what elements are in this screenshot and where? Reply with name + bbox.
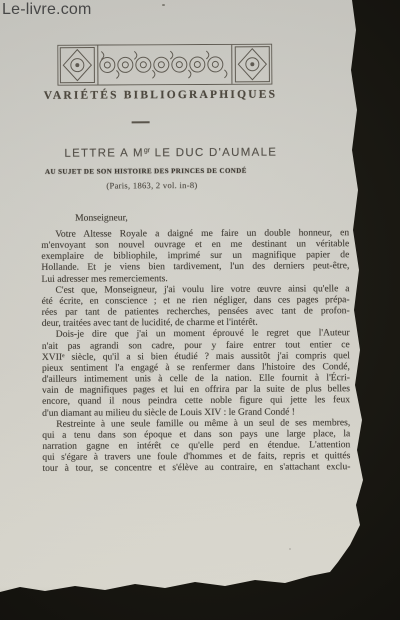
section-title: VARIÉTÉS BIBLIOGRAPHIQUES (40, 89, 280, 102)
letter-title-text: LETTRE A M (64, 147, 144, 159)
letter-title: LETTRE A Mgr LE DUC D'AUMALE (43, 146, 299, 159)
letter-title-rest: LE DUC D'AUMALE (150, 147, 277, 160)
letter-body: Votre Altesse Royale a daigné me faire u… (41, 227, 350, 474)
body-line: encore, quand il nous peindra cette nobl… (42, 395, 350, 408)
body-line: tour à tour, se concentre et s'élève au … (42, 462, 350, 475)
salutation: Monseigneur, (41, 211, 349, 224)
divider-rule (132, 121, 150, 123)
letter-subtitle: AU SUJET DE SON HISTOIRE DES PRINCES DE … (37, 167, 255, 176)
woodcut-ornament-band-icon (57, 44, 272, 86)
page-content: VARIÉTÉS BIBLIOGRAPHIQUES LETTRE A Mgr L… (0, 0, 400, 620)
watermark-text: Le-livre.com (2, 1, 92, 19)
body-line: Hollande. Et je viens bien tardivement, … (41, 261, 349, 274)
scanned-page: VARIÉTÉS BIBLIOGRAPHIQUES LETTRE A Mgr L… (0, 0, 400, 620)
imprint-line: (Paris, 1863, 2 vol. in-8) (41, 180, 263, 191)
body-line: rées par tant de patientes recherches, p… (42, 305, 350, 318)
